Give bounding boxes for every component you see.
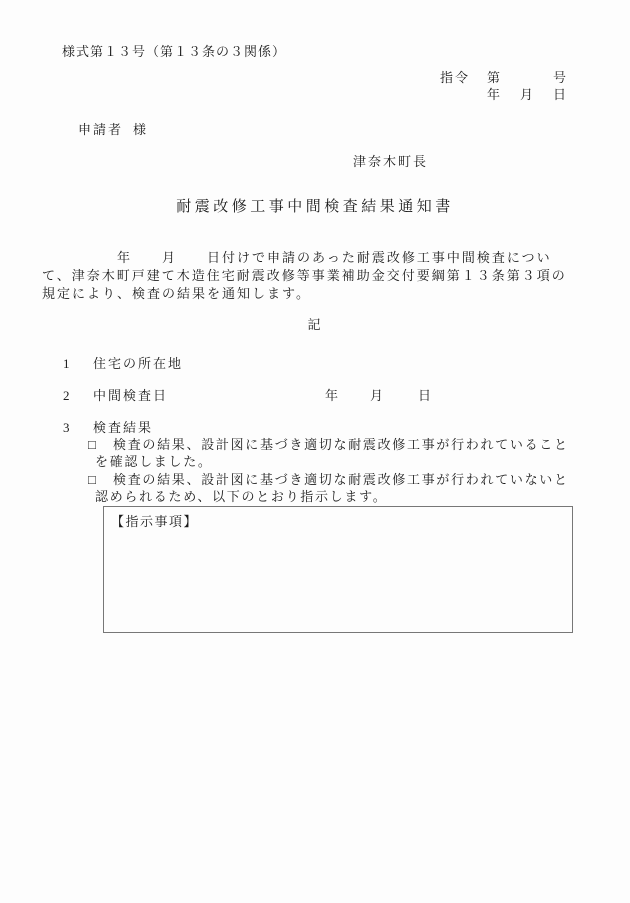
document-title: 耐震改修工事中間検査結果通知書 bbox=[0, 199, 630, 215]
body-paragraph-line-2: て、津奈木町戸建て木造住宅耐震改修等事業補助金交付要綱第１３条第３項の bbox=[42, 268, 567, 284]
directive-date-year-label: 年 bbox=[487, 87, 502, 103]
checkbox-failed-icon[interactable]: □ bbox=[88, 472, 98, 488]
item-2-label-inspection-date: 中間検査日 bbox=[93, 388, 168, 404]
checkbox-passed-text-line-2: を確認しました。 bbox=[95, 454, 213, 470]
body-paragraph-line-3: 規定により、検査の結果を通知します。 bbox=[42, 286, 311, 302]
applicant-honorific: 様 bbox=[133, 122, 148, 138]
directive-number-suffix: 号 bbox=[553, 70, 568, 86]
item-1-label-house-location: 住宅の所在地 bbox=[93, 356, 183, 372]
issuer-name: 津奈木町長 bbox=[353, 154, 428, 170]
directive-number-prefix: 第 bbox=[487, 70, 502, 86]
checkbox-failed-text-line-2: 認められるため、以下のとおり指示します。 bbox=[95, 489, 387, 505]
item-2-day-label: 日 bbox=[418, 388, 433, 404]
directive-date-month-label: 月 bbox=[520, 87, 535, 103]
instruction-box-label: 【指示事項】 bbox=[111, 511, 198, 530]
checkbox-passed-text-line-1: 検査の結果、設計図に基づき適切な耐震改修工事が行われていること bbox=[113, 437, 569, 453]
body-paragraph-line-1: 年 月 日付けで申請のあった耐震改修工事中間検査につい bbox=[42, 250, 552, 266]
directive-label: 指令 bbox=[440, 70, 470, 86]
directive-date-day-label: 日 bbox=[553, 87, 568, 103]
checkbox-failed-text-line-1: 検査の結果、設計図に基づき適切な耐震改修工事が行われていないと bbox=[113, 472, 569, 488]
item-3-number: 3 bbox=[63, 420, 72, 436]
instruction-box: 【指示事項】 bbox=[103, 506, 573, 633]
checkbox-passed-icon[interactable]: □ bbox=[88, 437, 98, 453]
item-1-number: 1 bbox=[63, 356, 72, 372]
applicant-label: 申請者 bbox=[78, 122, 123, 138]
notification-document: 様式第１３号（第１３条の３関係） 指令 第 号 年 月 日 申請者 様 津奈木町… bbox=[0, 0, 630, 903]
ki-marker: 記 bbox=[0, 317, 630, 333]
item-3-label-inspection-result: 検査結果 bbox=[93, 420, 153, 436]
item-2-number: 2 bbox=[63, 388, 72, 404]
form-number: 様式第１３号（第１３条の３関係） bbox=[62, 44, 286, 60]
item-2-month-label: 月 bbox=[370, 388, 385, 404]
item-2-year-label: 年 bbox=[325, 388, 340, 404]
